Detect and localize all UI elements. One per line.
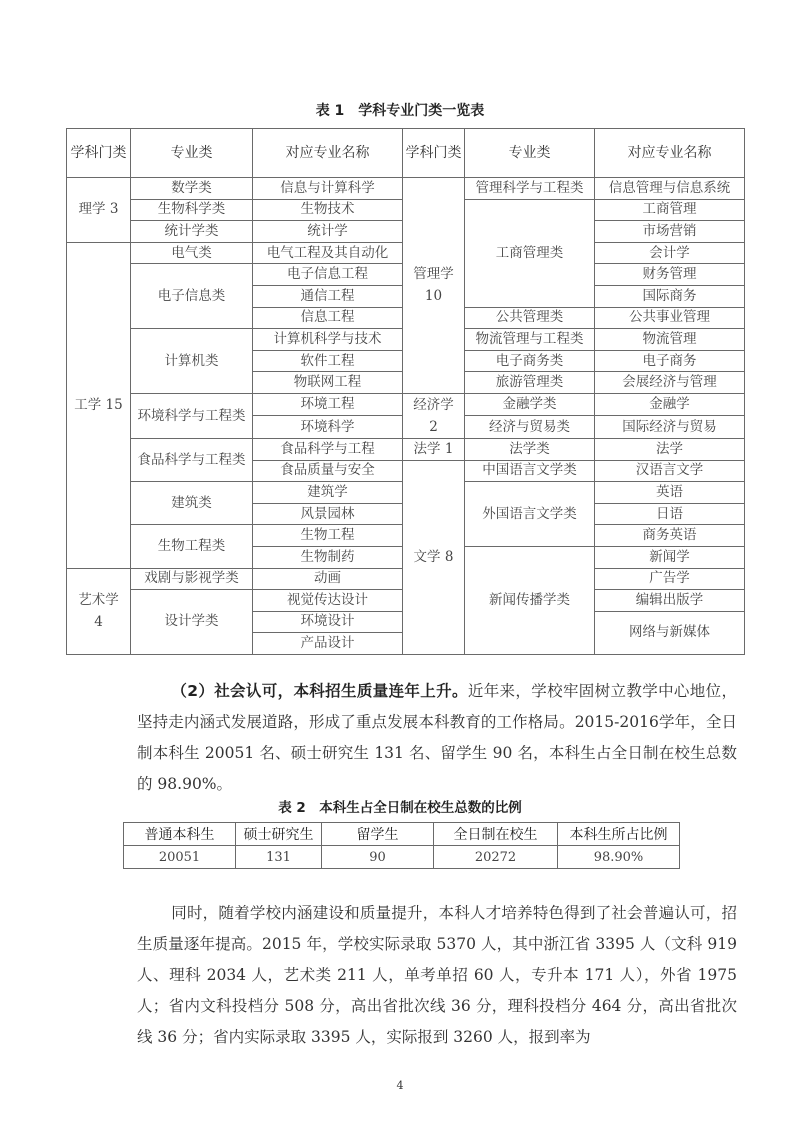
header-major: 对应专业名称	[595, 129, 745, 178]
major-cell: 环境科学	[253, 416, 403, 439]
major-cell: 电子信息工程	[253, 264, 403, 286]
major-cell: 信息管理与信息系统	[595, 178, 745, 200]
value-intl: 90	[322, 846, 434, 869]
major-cell: 新闻学	[595, 546, 745, 568]
value-fulltime: 20272	[434, 846, 558, 869]
class-cell: 法学类	[465, 438, 595, 460]
class-cell: 电子商务类	[465, 350, 595, 372]
major-cell: 视觉传达设计	[253, 590, 403, 612]
class-cell: 食品科学与工程类	[131, 438, 253, 481]
class-cell: 物流管理与工程类	[465, 329, 595, 351]
major-cell: 物联网工程	[253, 372, 403, 394]
header-ratio: 本科生所占比例	[558, 823, 680, 846]
major-cell: 信息工程	[253, 307, 403, 329]
category-cell: 法学 1	[403, 438, 465, 460]
class-cell: 统计学类	[131, 221, 253, 243]
major-cell: 公共事业管理	[595, 307, 745, 329]
major-cell: 电子商务	[595, 350, 745, 372]
major-cell: 英语	[595, 482, 745, 504]
major-cell: 网络与新媒体	[595, 611, 745, 654]
major-cell: 财务管理	[595, 264, 745, 286]
major-cell: 生物工程	[253, 525, 403, 547]
major-cell: 广告学	[595, 568, 745, 590]
major-cell: 环境设计	[253, 611, 403, 633]
major-cell: 软件工程	[253, 350, 403, 372]
category-cell: 理学 3	[67, 178, 131, 243]
major-cell: 食品质量与安全	[253, 460, 403, 482]
class-cell: 金融学类	[465, 393, 595, 416]
page-number: 4	[0, 1079, 800, 1092]
major-cell: 通信工程	[253, 285, 403, 307]
class-cell: 电子信息类	[131, 264, 253, 329]
major-cell: 工商管理	[595, 199, 745, 221]
header-class: 专业类	[465, 129, 595, 178]
class-cell: 工商管理类	[465, 199, 595, 307]
header-intl: 留学生	[322, 823, 434, 846]
major-cell: 产品设计	[253, 633, 403, 655]
major-cell: 法学	[595, 438, 745, 460]
header-category: 学科门类	[67, 129, 131, 178]
header-class: 专业类	[131, 129, 253, 178]
section-heading: （2）社会认可，本科招生质量连年上升。	[171, 682, 468, 700]
major-cell: 动画	[253, 568, 403, 590]
class-cell: 旅游管理类	[465, 372, 595, 394]
major-cell: 汉语言文学	[595, 460, 745, 482]
paragraph-admissions: 同时，随着学校内涵建设和质量提升，本科人才培养特色得到了社会普遍认可，招生质量逐…	[137, 898, 737, 1053]
major-cell: 生物制药	[253, 546, 403, 568]
major-cell: 食品科学与工程	[253, 438, 403, 460]
class-cell: 中国语言文学类	[465, 460, 595, 482]
header-major: 对应专业名称	[253, 129, 403, 178]
major-cell: 会计学	[595, 242, 745, 264]
header-undergrad: 普通本科生	[124, 823, 236, 846]
header-fulltime: 全日制在校生	[434, 823, 558, 846]
class-cell: 计算机类	[131, 329, 253, 394]
category-cell: 工学 15	[67, 242, 131, 568]
table2-caption: 表 2 本科生占全日制在校生总数的比例	[0, 796, 800, 816]
class-cell: 电气类	[131, 242, 253, 264]
class-cell: 环境科学与工程类	[131, 393, 253, 438]
major-cell: 建筑学	[253, 482, 403, 504]
table1-caption: 表 1 学科专业门类一览表	[0, 100, 800, 120]
class-cell: 外国语言文学类	[465, 482, 595, 547]
major-cell: 国际商务	[595, 285, 745, 307]
major-cell: 编辑出版学	[595, 590, 745, 612]
class-cell: 数学类	[131, 178, 253, 200]
class-cell: 新闻传播学类	[465, 546, 595, 654]
major-cell: 风景园林	[253, 503, 403, 525]
value-ratio: 98.90%	[558, 846, 680, 869]
major-cell: 生物技术	[253, 199, 403, 221]
major-cell: 环境工程	[253, 393, 403, 416]
major-cell: 日语	[595, 503, 745, 525]
class-cell: 建筑类	[131, 482, 253, 525]
class-cell: 生物科学类	[131, 199, 253, 221]
category-cell: 经济学2	[403, 393, 465, 438]
header-master: 硕士研究生	[236, 823, 322, 846]
major-cell: 国际经济与贸易	[595, 416, 745, 439]
major-cell: 信息与计算科学	[253, 178, 403, 200]
category-cell: 管理学10	[403, 178, 465, 394]
major-cell: 市场营销	[595, 221, 745, 243]
class-cell: 经济与贸易类	[465, 416, 595, 439]
ratio-table: 普通本科生 硕士研究生 留学生 全日制在校生 本科生所占比例 20051 131…	[123, 822, 680, 869]
value-undergrad: 20051	[124, 846, 236, 869]
major-cell: 会展经济与管理	[595, 372, 745, 394]
class-cell: 戏剧与影视学类	[131, 568, 253, 590]
major-cell: 统计学	[253, 221, 403, 243]
major-cell: 商务英语	[595, 525, 745, 547]
class-cell: 管理科学与工程类	[465, 178, 595, 200]
class-cell: 公共管理类	[465, 307, 595, 329]
paragraph-text: 同时，随着学校内涵建设和质量提升，本科人才培养特色得到了社会普遍认可，招生质量逐…	[137, 904, 737, 1046]
major-cell: 电气工程及其自动化	[253, 242, 403, 264]
class-cell: 设计学类	[131, 590, 253, 655]
value-master: 131	[236, 846, 322, 869]
category-cell: 文学 8	[403, 460, 465, 654]
paragraph-enrollment: （2）社会认可，本科招生质量连年上升。近年来，学校牢固树立教学中心地位，坚持走内…	[137, 676, 737, 800]
header-category: 学科门类	[403, 129, 465, 178]
major-cell: 计算机科学与技术	[253, 329, 403, 351]
major-cell: 物流管理	[595, 329, 745, 351]
major-cell: 金融学	[595, 393, 745, 416]
category-cell: 艺术学4	[67, 568, 131, 654]
class-cell: 生物工程类	[131, 525, 253, 568]
discipline-table: 学科门类 专业类 对应专业名称 学科门类 专业类 对应专业名称 理学 3 数学类…	[66, 128, 745, 655]
